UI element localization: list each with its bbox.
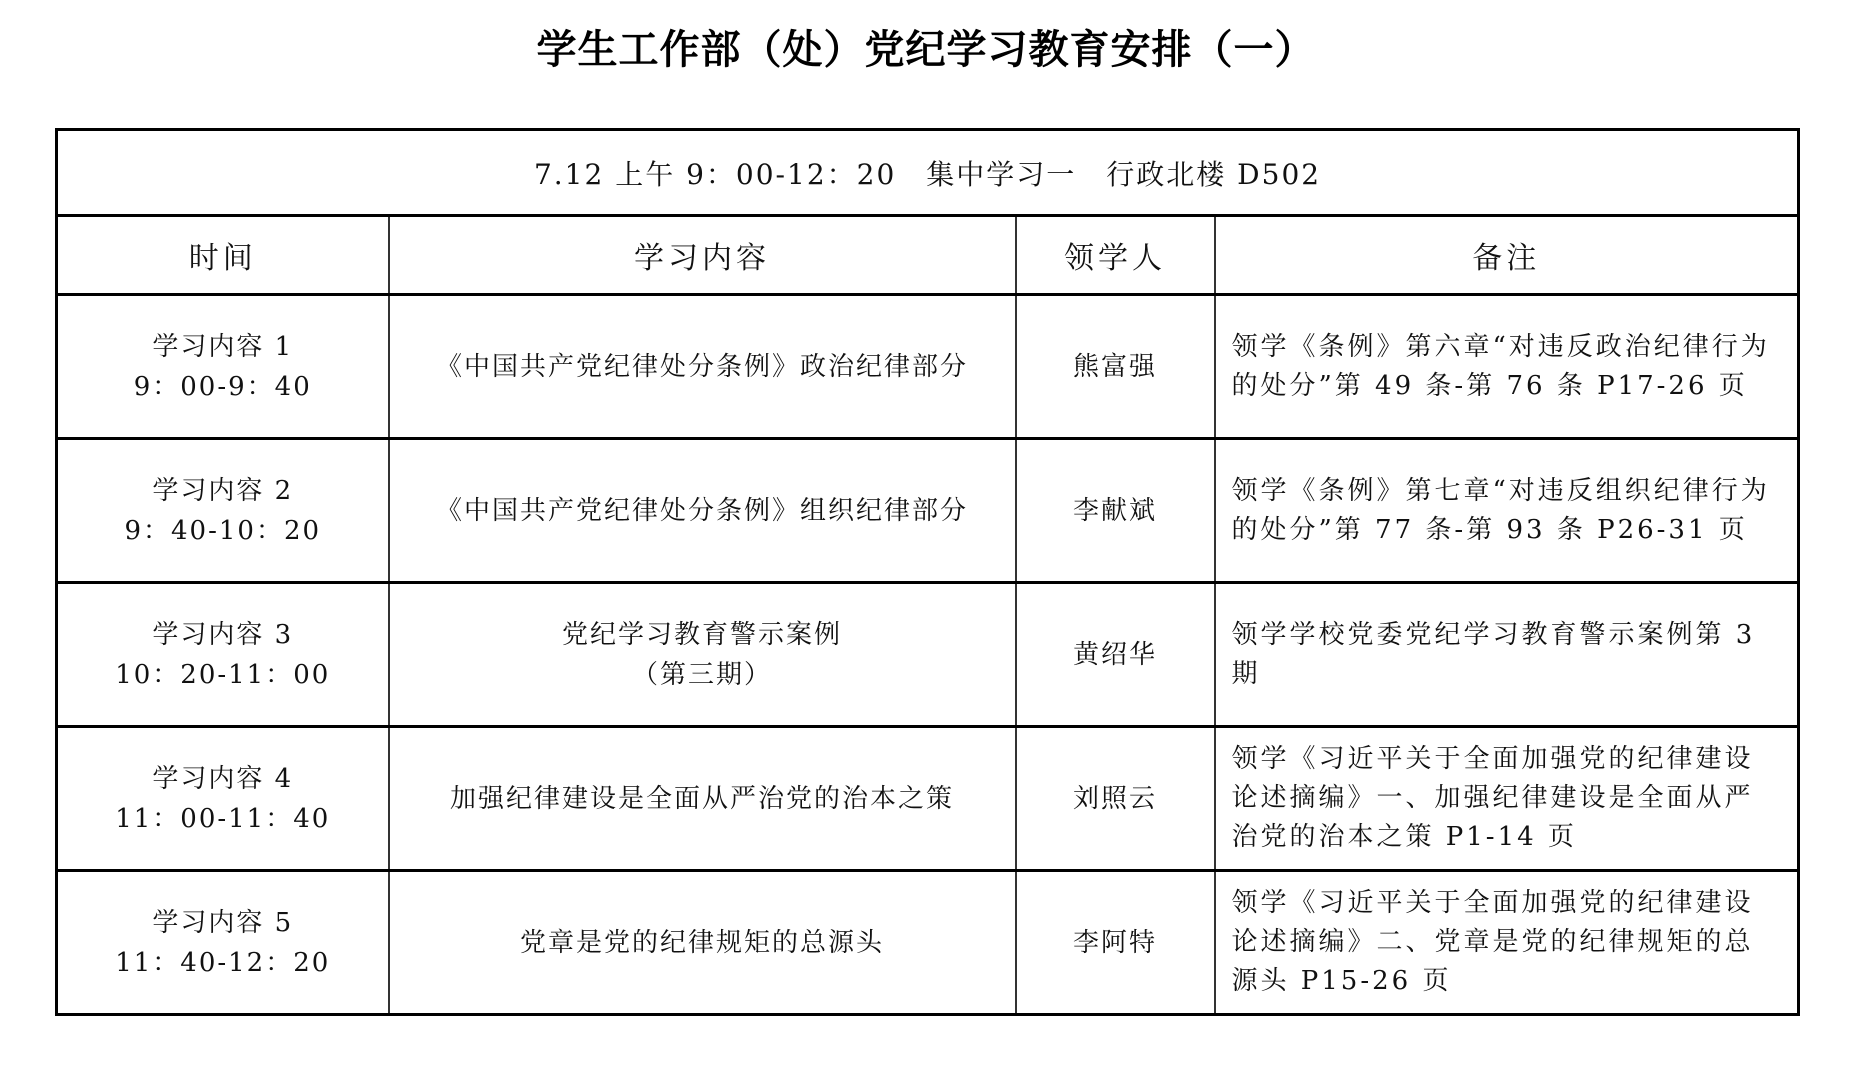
- session-banner-row: 7.12 上午 9：00-12：20 集中学习一 行政北楼 D502: [57, 130, 1799, 216]
- content-text: 《中国共产党纪律处分条例》政治纪律部分: [390, 347, 1015, 387]
- table-row: 学习内容 2 9：40-10：20 《中国共产党纪律处分条例》组织纪律部分 李献…: [57, 439, 1799, 583]
- session-label: 学习内容 2: [58, 471, 388, 511]
- content-cell: 加强纪律建设是全面从严治党的治本之策: [389, 727, 1016, 871]
- time-range: 11：00-11：40: [58, 799, 388, 839]
- content-subtext: （第三期）: [390, 655, 1015, 695]
- notes-cell: 领学《习近平关于全面加强党的纪律建设论述摘编》一、加强纪律建设是全面从严治党的治…: [1215, 727, 1799, 871]
- content-cell: 党纪学习教育警示案例 （第三期）: [389, 583, 1016, 727]
- table-row: 学习内容 4 11：00-11：40 加强纪律建设是全面从严治党的治本之策 刘照…: [57, 727, 1799, 871]
- leader-cell: 黄绍华: [1016, 583, 1215, 727]
- time-range: 9：00-9：40: [58, 367, 388, 407]
- table-header-row: 时间 学习内容 领学人 备注: [57, 216, 1799, 295]
- table-row: 学习内容 5 11：40-12：20 党章是党的纪律规矩的总源头 李阿特 领学《…: [57, 871, 1799, 1015]
- leader-cell: 熊富强: [1016, 295, 1215, 439]
- session-label: 学习内容 5: [58, 903, 388, 943]
- notes-cell: 领学《条例》第七章“对违反组织纪律行为的处分”第 77 条-第 93 条 P26…: [1215, 439, 1799, 583]
- time-cell: 学习内容 3 10：20-11：00: [57, 583, 389, 727]
- content-cell: 《中国共产党纪律处分条例》政治纪律部分: [389, 295, 1016, 439]
- content-cell: 《中国共产党纪律处分条例》组织纪律部分: [389, 439, 1016, 583]
- leader-cell: 李阿特: [1016, 871, 1215, 1015]
- column-header-notes: 备注: [1215, 216, 1799, 295]
- session-label: 学习内容 1: [58, 327, 388, 367]
- content-text: 《中国共产党纪律处分条例》组织纪律部分: [390, 491, 1015, 531]
- column-header-time: 时间: [57, 216, 389, 295]
- column-header-content: 学习内容: [389, 216, 1016, 295]
- table-row: 学习内容 1 9：00-9：40 《中国共产党纪律处分条例》政治纪律部分 熊富强…: [57, 295, 1799, 439]
- leader-cell: 李献斌: [1016, 439, 1215, 583]
- table-row: 学习内容 3 10：20-11：00 党纪学习教育警示案例 （第三期） 黄绍华 …: [57, 583, 1799, 727]
- leader-cell: 刘照云: [1016, 727, 1215, 871]
- session-label: 学习内容 4: [58, 759, 388, 799]
- schedule-table: 7.12 上午 9：00-12：20 集中学习一 行政北楼 D502 时间 学习…: [55, 128, 1800, 1016]
- notes-cell: 领学学校党委党纪学习教育警示案例第 3 期: [1215, 583, 1799, 727]
- notes-cell: 领学《习近平关于全面加强党的纪律建设论述摘编》二、党章是党的纪律规矩的总源头 P…: [1215, 871, 1799, 1015]
- content-text: 党纪学习教育警示案例: [390, 615, 1015, 655]
- time-range: 9：40-10：20: [58, 511, 388, 551]
- session-banner: 7.12 上午 9：00-12：20 集中学习一 行政北楼 D502: [57, 130, 1799, 216]
- time-cell: 学习内容 4 11：00-11：40: [57, 727, 389, 871]
- column-header-leader: 领学人: [1016, 216, 1215, 295]
- session-label: 学习内容 3: [58, 615, 388, 655]
- content-cell: 党章是党的纪律规矩的总源头: [389, 871, 1016, 1015]
- document-title: 学生工作部（处）党纪学习教育安排（一）: [0, 22, 1852, 78]
- content-text: 党章是党的纪律规矩的总源头: [390, 923, 1015, 963]
- notes-cell: 领学《条例》第六章“对违反政治纪律行为的处分”第 49 条-第 76 条 P17…: [1215, 295, 1799, 439]
- content-text: 加强纪律建设是全面从严治党的治本之策: [390, 779, 1015, 819]
- time-cell: 学习内容 1 9：00-9：40: [57, 295, 389, 439]
- time-range: 10：20-11：00: [58, 655, 388, 695]
- time-cell: 学习内容 5 11：40-12：20: [57, 871, 389, 1015]
- time-range: 11：40-12：20: [58, 943, 388, 983]
- time-cell: 学习内容 2 9：40-10：20: [57, 439, 389, 583]
